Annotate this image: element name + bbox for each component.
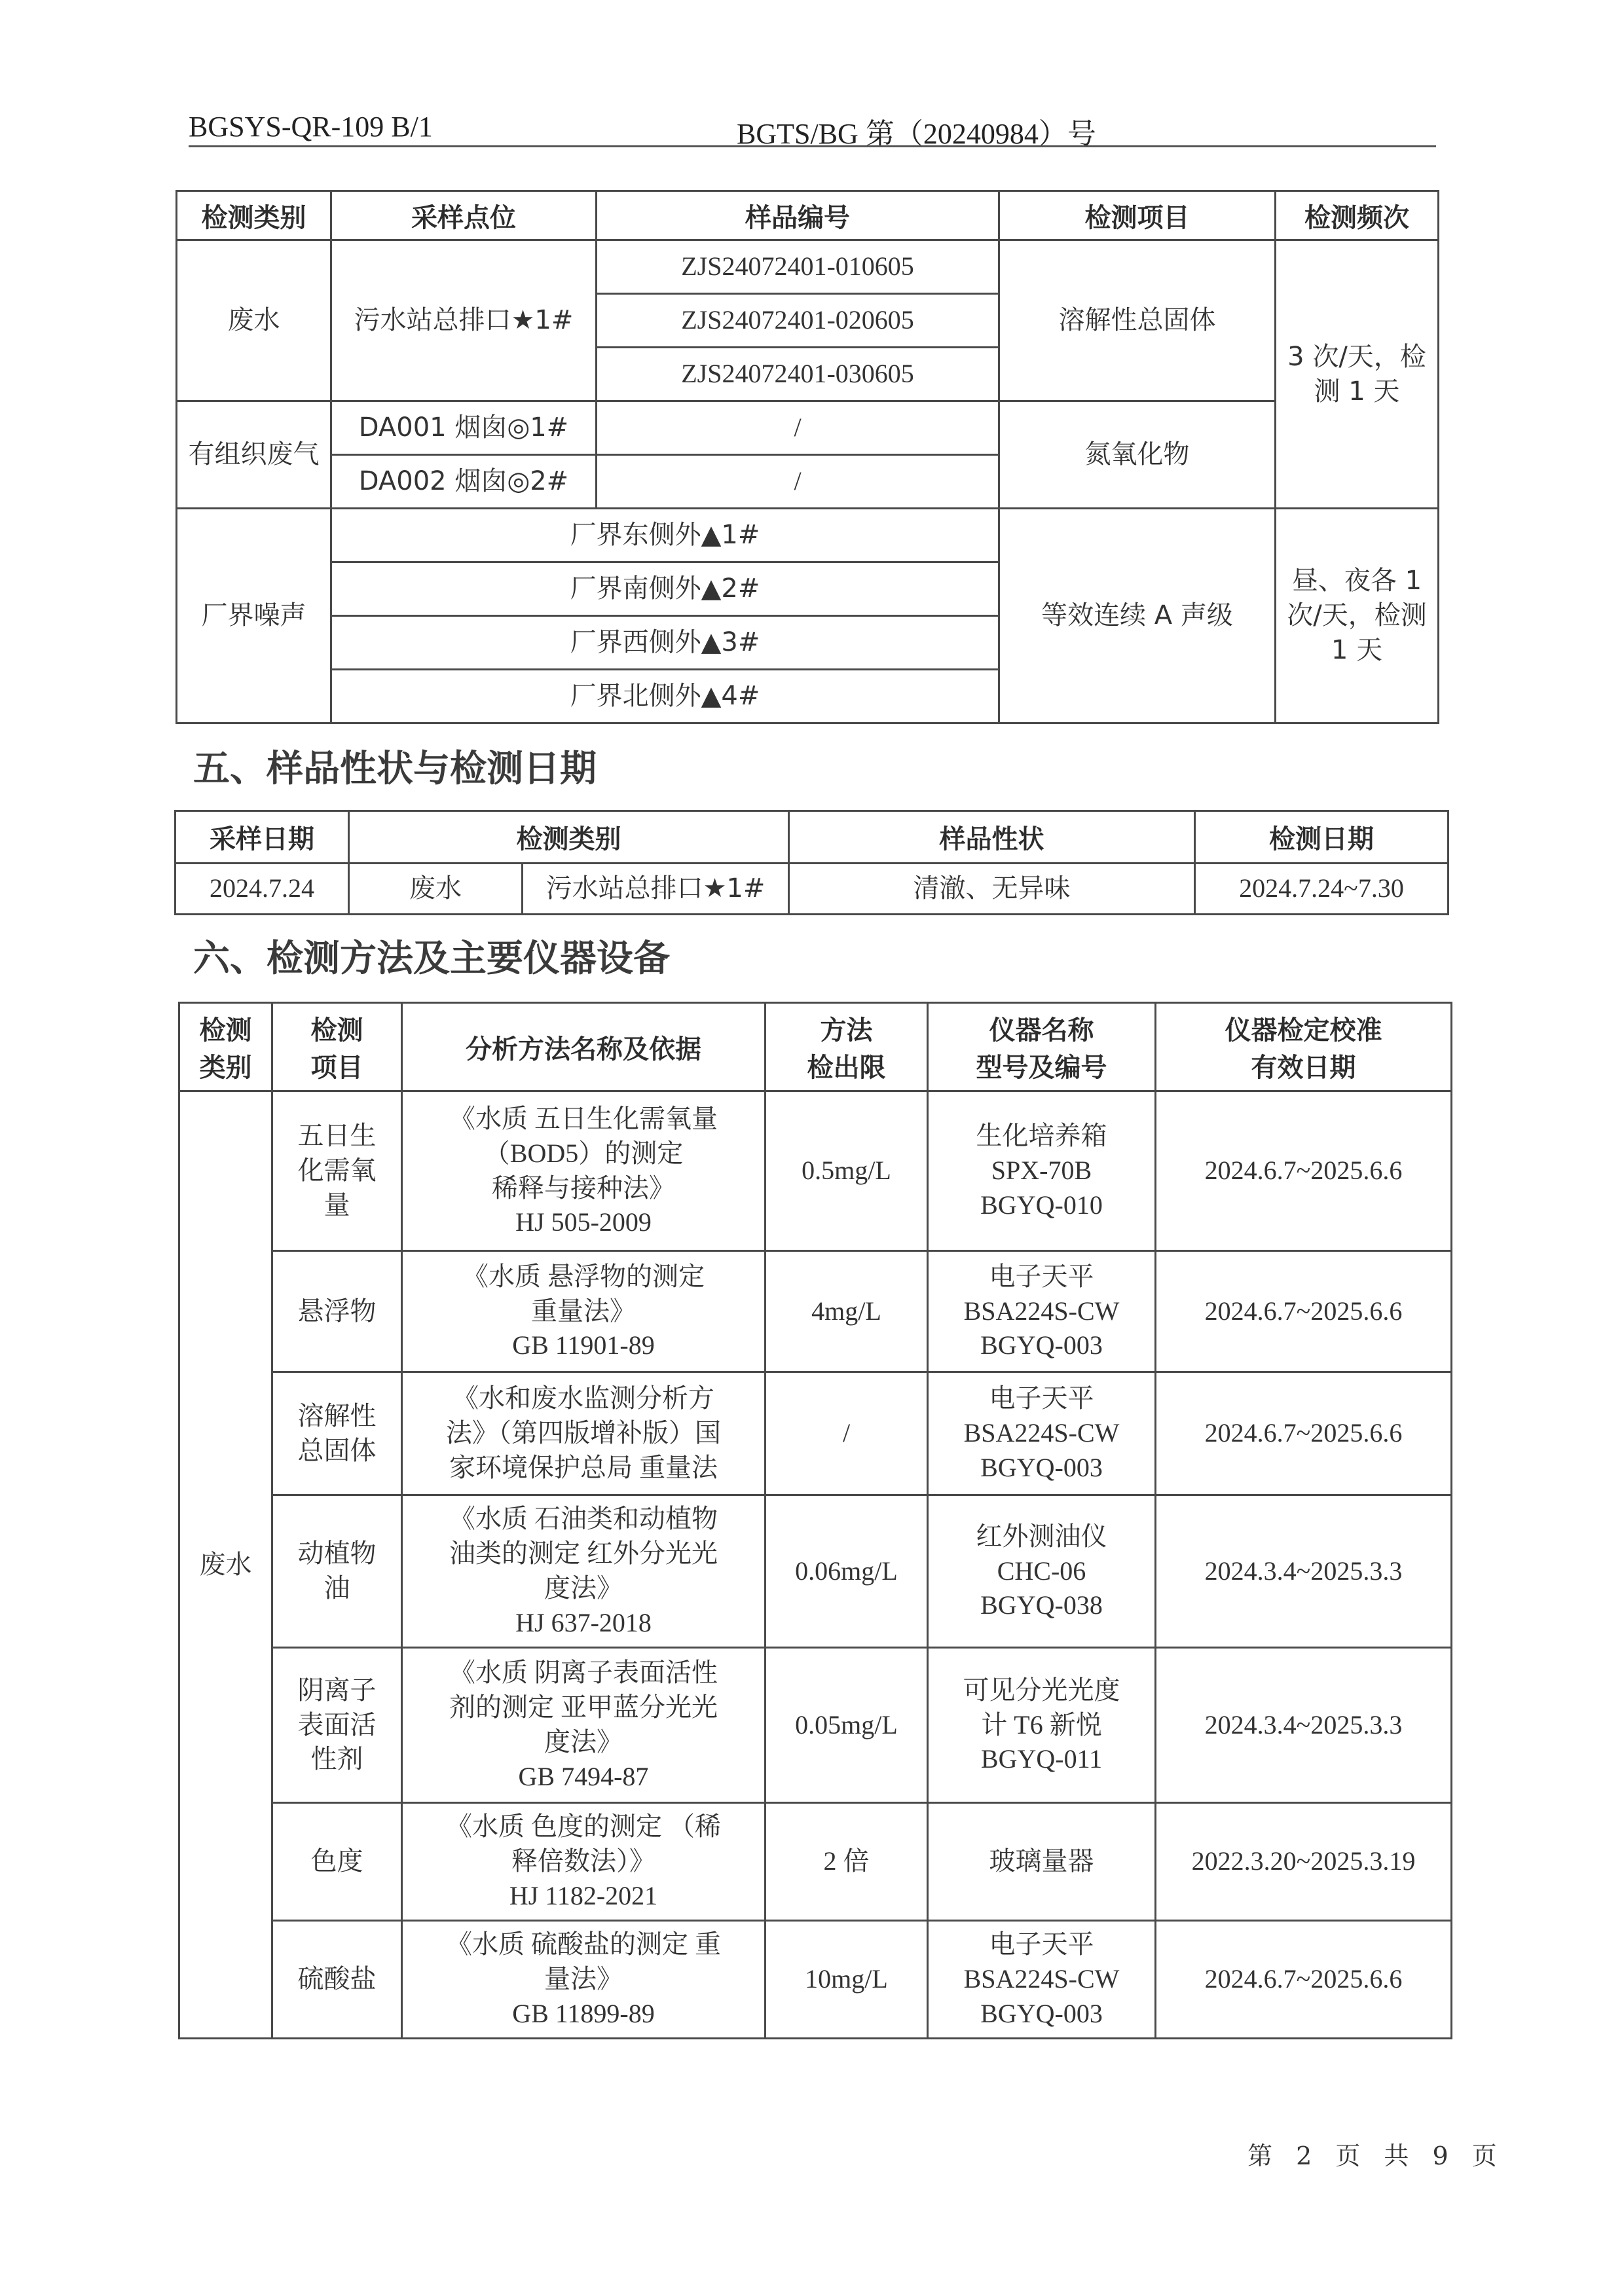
category-cell: 厂界噪声	[177, 509, 331, 723]
table-header-row: 检测 类别 检测 项目 分析方法名称及依据 方法 检出限 仪器名称 型号及编号 …	[179, 1003, 1452, 1091]
point-cell: DA001 烟囱◎1#	[331, 401, 597, 455]
table-header-row: 采样日期 检测类别 样品性状 检测日期	[175, 811, 1449, 864]
section-6-title: 六、检测方法及主要仪器设备	[193, 930, 670, 982]
calibration-cell: 2024.6.7~2025.6.6	[1156, 1091, 1452, 1251]
sampling-table: 检测类别 采样点位 样品编号 检测项目 检测频次 废水 污水站总排口★1# ZJ…	[175, 190, 1439, 724]
calibration-cell: 2024.6.7~2025.6.6	[1156, 1372, 1452, 1495]
limit-cell: /	[766, 1372, 928, 1495]
table-row: 悬浮物 《水质 悬浮物的测定 重量法》 GB 11901-89 4mg/L 电子…	[179, 1251, 1452, 1372]
table-row: 阴离子 表面活 性剂 《水质 阴离子表面活性 剂的测定 亚甲蓝分光光 度法》 G…	[179, 1648, 1452, 1803]
header-point: 采样点位	[331, 191, 597, 240]
category-cell: 有组织废气	[177, 401, 331, 509]
sample-id-cell: ZJS24072401-020605	[597, 294, 999, 348]
test-date-cell: 2024.7.24~7.30	[1195, 864, 1449, 915]
sample-id-cell: /	[597, 401, 999, 455]
limit-cell: 0.06mg/L	[766, 1495, 928, 1648]
table-row: 有组织废气 DA001 烟囱◎1# / 氮氧化物	[177, 401, 1439, 455]
header-method: 分析方法名称及依据	[402, 1003, 766, 1091]
limit-cell: 4mg/L	[766, 1251, 928, 1372]
point-cell: 厂界北侧外▲4#	[331, 670, 999, 723]
method-cell: 《水和废水监测分析方 法》（第四版增补版）国 家环境保护总局 重量法	[402, 1372, 766, 1495]
point-cell: 厂界南侧外▲2#	[331, 562, 999, 616]
point-cell: 厂界西侧外▲3#	[331, 616, 999, 670]
sample-date-table: 采样日期 检测类别 样品性状 检测日期 2024.7.24 废水 污水站总排口★…	[174, 810, 1449, 915]
point-cell: DA002 烟囱◎2#	[331, 455, 597, 509]
instrument-cell: 红外测油仪 CHC-06 BGYQ-038	[928, 1495, 1156, 1648]
limit-cell: 0.5mg/L	[766, 1091, 928, 1251]
point-cell: 厂界东侧外▲1#	[331, 509, 999, 562]
calibration-cell: 2024.6.7~2025.6.6	[1156, 1251, 1452, 1372]
item-cell: 等效连续 A 声级	[999, 509, 1276, 723]
point-cell: 污水站总排口★1#	[331, 240, 597, 401]
frequency-cell: 3 次/天，检测 1 天	[1276, 240, 1439, 509]
table-header-row: 检测类别 采样点位 样品编号 检测项目 检测频次	[177, 191, 1439, 240]
section-5-title: 五、样品性状与检测日期	[193, 740, 597, 792]
header-item: 检测 项目	[272, 1003, 402, 1091]
sample-id-cell: ZJS24072401-010605	[597, 240, 999, 294]
appearance-cell: 清澈、无异味	[789, 864, 1195, 915]
instrument-cell: 电子天平 BSA224S-CW BGYQ-003	[928, 1251, 1156, 1372]
header-sample-id: 样品编号	[597, 191, 999, 240]
method-cell: 《水质 石油类和动植物 油类的测定 红外分光光 度法》 HJ 637-2018	[402, 1495, 766, 1648]
table-row: 废水 五日生 化需氧 量 《水质 五日生化需氧量 （BOD5）的测定 稀释与接种…	[179, 1091, 1452, 1251]
sample-id-cell: ZJS24072401-030605	[597, 348, 999, 401]
point-cell: 污水站总排口★1#	[523, 864, 789, 915]
header-instrument: 仪器名称 型号及编号	[928, 1003, 1156, 1091]
instrument-cell: 玻璃量器	[928, 1803, 1156, 1921]
table-row: 溶解性 总固体 《水和废水监测分析方 法》（第四版增补版）国 家环境保护总局 重…	[179, 1372, 1452, 1495]
sample-id-cell: /	[597, 455, 999, 509]
category-cell: 废水	[349, 864, 523, 915]
table-row: 色度 《水质 色度的测定 （稀 释倍数法）》 HJ 1182-2021 2 倍 …	[179, 1803, 1452, 1921]
item-cell: 溶解性总固体	[999, 240, 1276, 401]
limit-cell: 2 倍	[766, 1803, 928, 1921]
item-cell: 硫酸盐	[272, 1921, 402, 2039]
instrument-cell: 电子天平 BSA224S-CW BGYQ-003	[928, 1921, 1156, 2039]
header-calibration: 仪器检定校准 有效日期	[1156, 1003, 1452, 1091]
instrument-cell: 生化培养箱 SPX-70B BGYQ-010	[928, 1091, 1156, 1251]
table-row: 2024.7.24 废水 污水站总排口★1# 清澈、无异味 2024.7.24~…	[175, 864, 1449, 915]
method-cell: 《水质 色度的测定 （稀 释倍数法）》 HJ 1182-2021	[402, 1803, 766, 1921]
header-frequency: 检测频次	[1276, 191, 1439, 240]
instrument-cell: 可见分光光度 计 T6 新悦 BGYQ-011	[928, 1648, 1156, 1803]
method-cell: 《水质 悬浮物的测定 重量法》 GB 11901-89	[402, 1251, 766, 1372]
calibration-cell: 2024.3.4~2025.3.3	[1156, 1495, 1452, 1648]
item-cell: 阴离子 表面活 性剂	[272, 1648, 402, 1803]
method-cell: 《水质 阴离子表面活性 剂的测定 亚甲蓝分光光 度法》 GB 7494-87	[402, 1648, 766, 1803]
header-appearance: 样品性状	[789, 811, 1195, 864]
limit-cell: 10mg/L	[766, 1921, 928, 2039]
category-cell: 废水	[177, 240, 331, 401]
header-item: 检测项目	[999, 191, 1276, 240]
header-category: 检测类别	[349, 811, 789, 864]
limit-cell: 0.05mg/L	[766, 1648, 928, 1803]
table-row: 废水 污水站总排口★1# ZJS24072401-010605 溶解性总固体 3…	[177, 240, 1439, 294]
page-number: 第 2 页 共 9 页	[1247, 2136, 1505, 2172]
header-sample-date: 采样日期	[175, 811, 349, 864]
item-cell: 悬浮物	[272, 1251, 402, 1372]
table-row: 厂界噪声 厂界东侧外▲1# 等效连续 A 声级 昼、夜各 1 次/天，检测 1 …	[177, 509, 1439, 562]
table-row: 动植物 油 《水质 石油类和动植物 油类的测定 红外分光光 度法》 HJ 637…	[179, 1495, 1452, 1648]
method-table: 检测 类别 检测 项目 分析方法名称及依据 方法 检出限 仪器名称 型号及编号 …	[178, 1002, 1452, 2039]
method-cell: 《水质 硫酸盐的测定 重 量法》 GB 11899-89	[402, 1921, 766, 2039]
item-cell: 溶解性 总固体	[272, 1372, 402, 1495]
item-cell: 动植物 油	[272, 1495, 402, 1648]
sample-date-cell: 2024.7.24	[175, 864, 349, 915]
header-divider	[189, 145, 1436, 147]
header-category: 检测 类别	[179, 1003, 272, 1091]
method-cell: 《水质 五日生化需氧量 （BOD5）的测定 稀释与接种法》 HJ 505-200…	[402, 1091, 766, 1251]
item-cell: 氮氧化物	[999, 401, 1276, 509]
category-cell: 废水	[179, 1091, 272, 2039]
header-category: 检测类别	[177, 191, 331, 240]
frequency-cell: 昼、夜各 1 次/天，检测 1 天	[1276, 509, 1439, 723]
form-code: BGSYS-QR-109 B/1	[189, 110, 433, 143]
table-row: 硫酸盐 《水质 硫酸盐的测定 重 量法》 GB 11899-89 10mg/L …	[179, 1921, 1452, 2039]
calibration-cell: 2022.3.20~2025.3.19	[1156, 1803, 1452, 1921]
calibration-cell: 2024.3.4~2025.3.3	[1156, 1648, 1452, 1803]
calibration-cell: 2024.6.7~2025.6.6	[1156, 1921, 1452, 2039]
header-test-date: 检测日期	[1195, 811, 1449, 864]
item-cell: 五日生 化需氧 量	[272, 1091, 402, 1251]
item-cell: 色度	[272, 1803, 402, 1921]
instrument-cell: 电子天平 BSA224S-CW BGYQ-003	[928, 1372, 1156, 1495]
header-limit: 方法 检出限	[766, 1003, 928, 1091]
